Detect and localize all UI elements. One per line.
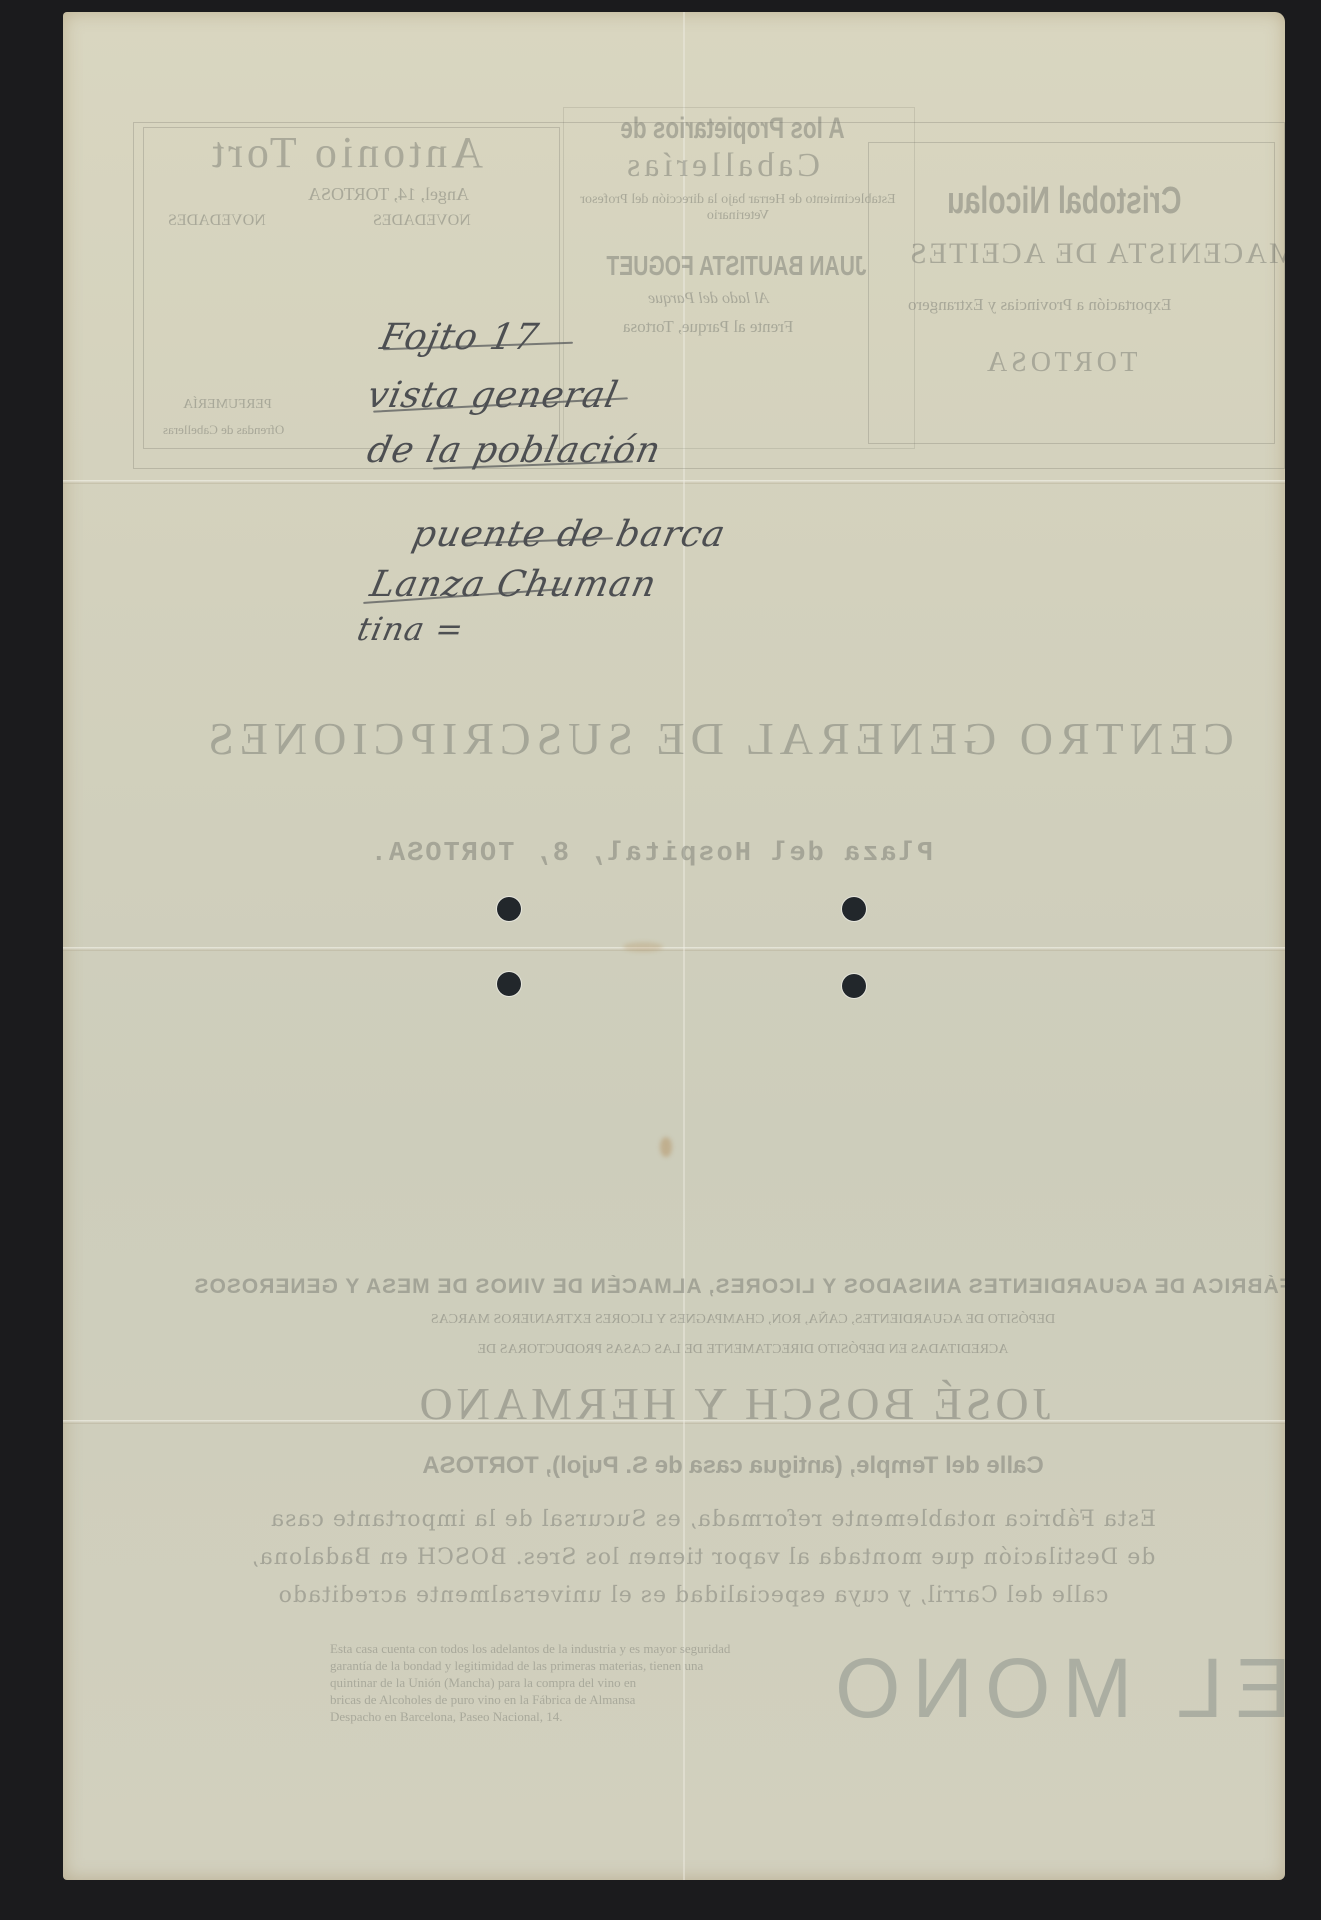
caballerias-location1: Al lado del Parque bbox=[648, 290, 769, 308]
center-address: Plaza del Hospital, 8, TORTOSA. bbox=[413, 839, 933, 869]
fine-print-line: garantía de la bondad y legitimidad de l… bbox=[330, 1657, 730, 1674]
punch-hole bbox=[497, 897, 521, 921]
fine-print-line: Despacho en Barcelona, Paseo Nacional, 1… bbox=[330, 1708, 730, 1725]
fine-print-line: bricas de Alcoholes de puro vino en la F… bbox=[330, 1691, 730, 1708]
bosch-company: JOSÉ BOSCH Y HERMANO bbox=[333, 1377, 1133, 1430]
bosch-line-2: DEPÓSITO DE AGUARDIENTES, CAÑA, RON, CHA… bbox=[263, 1312, 1223, 1328]
antonio-tort-address: Angel, 14, TORTOSA bbox=[308, 184, 469, 205]
handwritten-line-1: Fojto 17 bbox=[377, 317, 543, 358]
caballerias-title-2: Caballerías bbox=[623, 147, 820, 185]
punch-hole bbox=[497, 972, 521, 996]
antonio-tort-section2: NOVEDADES bbox=[373, 212, 471, 230]
bosch-address: Calle del Temple, (antigua casa de S. Pu… bbox=[323, 1452, 1143, 1480]
caballerias-title-1: A los Propietarios de bbox=[620, 112, 844, 146]
antonio-tort-footer2: Ofrendas de Cabelleras bbox=[163, 422, 284, 438]
caballerias-location2: Frente al Parque, Tortosa bbox=[623, 317, 793, 337]
nicolau-trade: ALMACENISTA DE ACEITES bbox=[908, 237, 1285, 271]
nicolau-city: TORTOSA bbox=[983, 347, 1137, 379]
bosch-line-3: ACREDITADAS EN DEPÓSITO DIRECTAMENTE DE … bbox=[323, 1342, 1163, 1358]
bosch-body-3: calle del Carril, y cuya especialidad es… bbox=[163, 1583, 1223, 1608]
rust-stain bbox=[660, 1137, 672, 1157]
fine-print: Esta casa cuenta con todos los adelantos… bbox=[330, 1640, 730, 1725]
antonio-tort-section1: NOVEDADES bbox=[168, 212, 266, 230]
nicolau-name: Cristobal Nicolau bbox=[947, 180, 1181, 223]
center-heading: CENTRO GENERAL DE SUSCRIPCIONES bbox=[153, 712, 1283, 765]
caballerias-name: JUAN BAUTISTA FOGUET bbox=[606, 250, 866, 282]
fold-line-upper bbox=[63, 480, 1285, 484]
handwritten-line-6: tina = bbox=[354, 610, 468, 648]
fold-stain bbox=[623, 942, 663, 952]
nicolau-service: Exportación a Provincias y Extrangero bbox=[908, 295, 1171, 315]
anis-del-mono-brand: ANIS DEL MONO bbox=[823, 1640, 1285, 1737]
fold-line-middle bbox=[63, 947, 1285, 951]
bosch-body-2: de Destilación que montada al vapor tien… bbox=[123, 1545, 1283, 1570]
punch-hole bbox=[842, 974, 866, 998]
punch-hole bbox=[842, 897, 866, 921]
caballerias-body: Establecimiento de Herrar bajo la direcc… bbox=[578, 192, 898, 224]
bosch-body-1: Esta Fábrica notablemente reformada, es … bbox=[143, 1507, 1283, 1532]
antonio-tort-footer: PERFUMERÍA bbox=[183, 397, 272, 413]
document-page: Antonio Tort Angel, 14, TORTOSA NOVEDADE… bbox=[63, 12, 1285, 1880]
fine-print-line: quintinar de la Unión (Mancha) para la c… bbox=[330, 1674, 730, 1691]
fine-print-line: Esta casa cuenta con todos los adelantos… bbox=[330, 1640, 730, 1657]
handwritten-line-4: puente de barca bbox=[409, 514, 730, 555]
bosch-line-1: FÁBRICA DE AGUARDIENTES ANISADOS Y LICOR… bbox=[193, 1275, 1285, 1299]
antonio-tort-title: Antonio Tort bbox=[208, 127, 483, 178]
